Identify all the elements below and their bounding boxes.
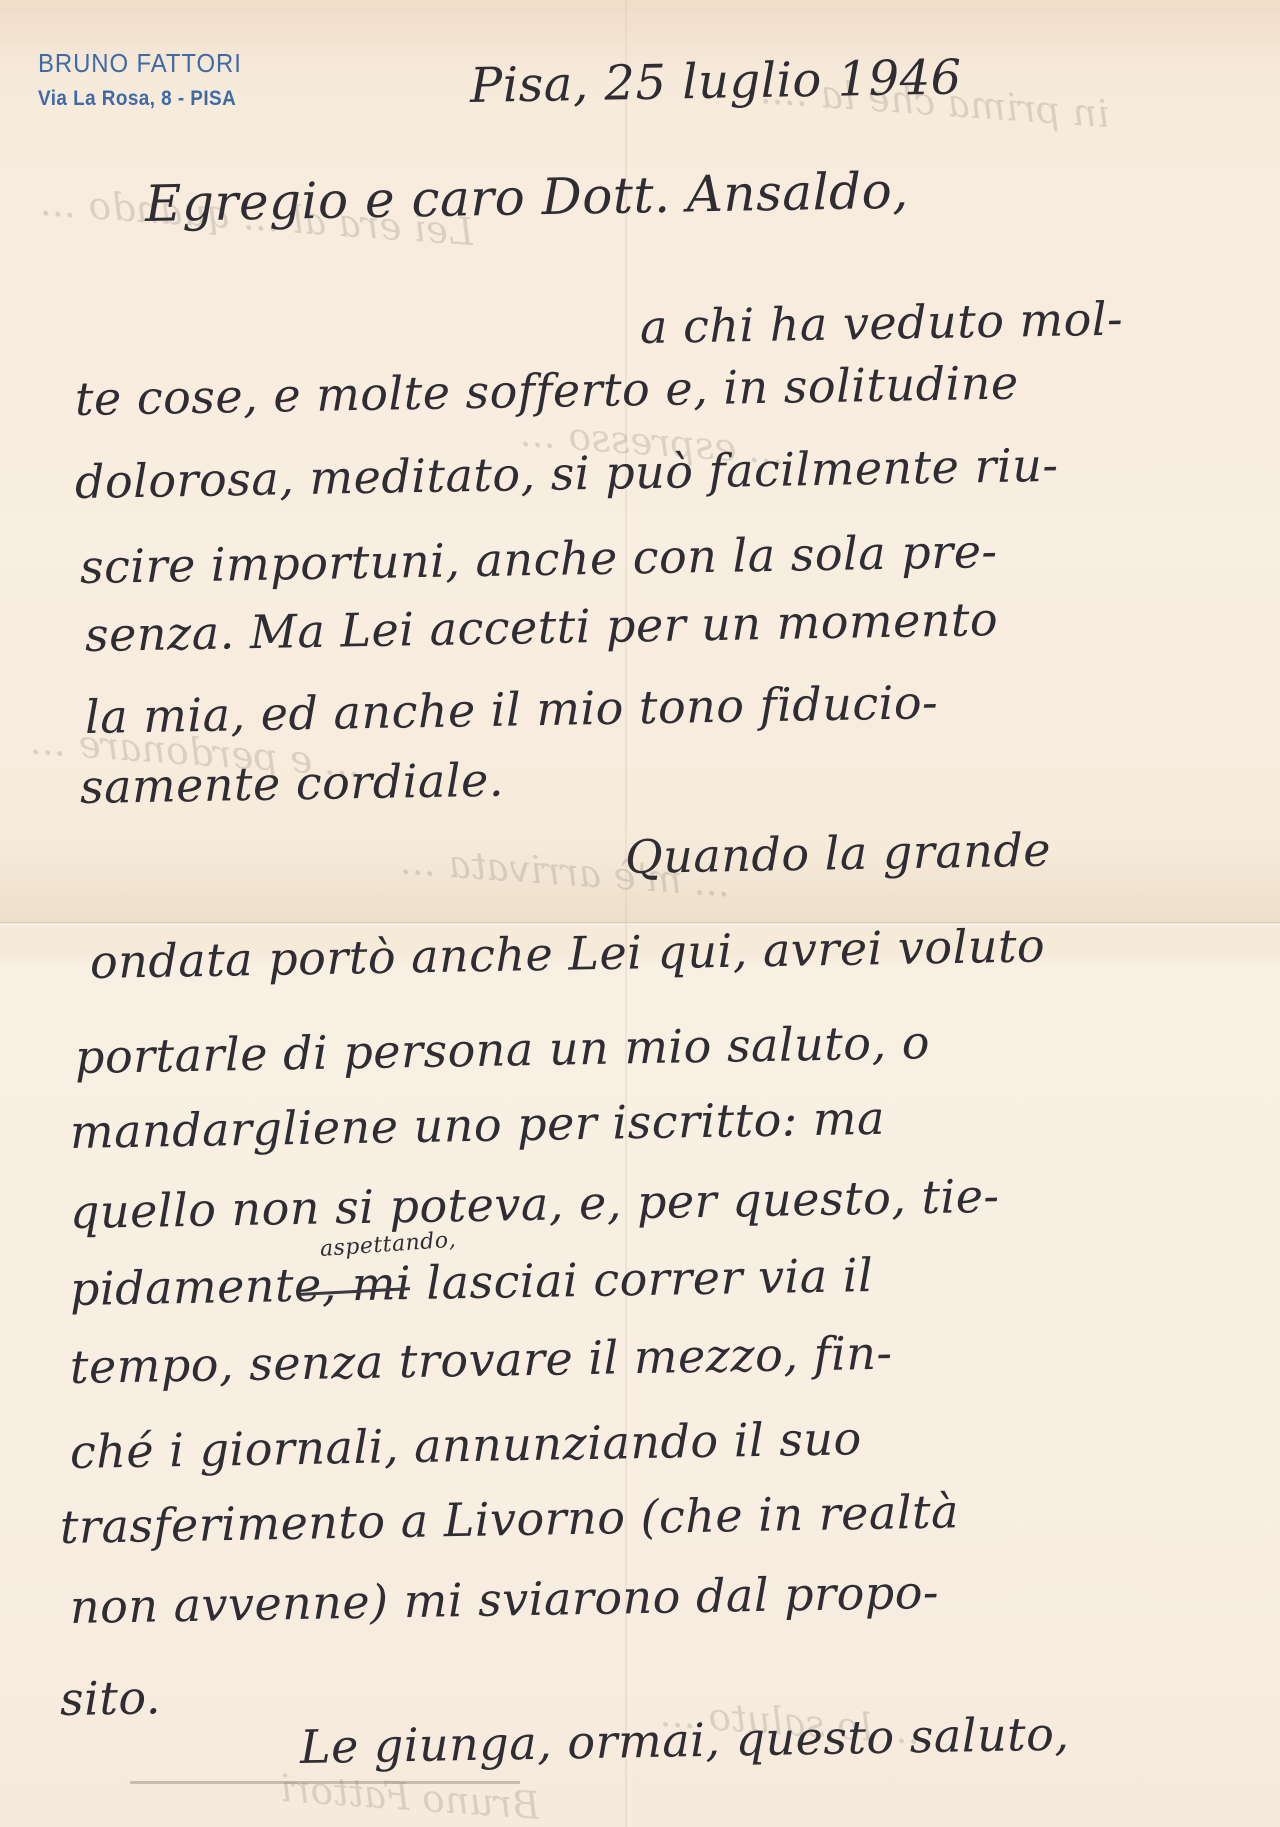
letter-line: la mia, ed anche il mio tono fiducio- — [85, 675, 939, 744]
letterhead-stamp: BRUNO FATTORI Via La Rosa, 8 - PISA — [38, 48, 260, 111]
letter-line: non avvenne) mi sviarono dal propo- — [70, 1565, 940, 1634]
letter-line: mandargliene uno per iscritto: ma — [70, 1091, 886, 1159]
letter-line: Le giunga, ormai, questo saluto, — [300, 1707, 1070, 1774]
letter-line: portarle di persona un mio saluto, o — [75, 1015, 931, 1084]
letter-line: dolorosa, meditato, si può facilmente ri… — [75, 438, 1059, 509]
letter-line: scire importuni, anche con la sola pre- — [80, 524, 998, 594]
vertical-fold-crease — [625, 0, 627, 1827]
sender-name: BRUNO FATTORI — [38, 48, 242, 79]
letter-page: in prima che la .... Lei era al ... quan… — [0, 0, 1280, 1827]
letter-line: sito. — [60, 1670, 162, 1726]
bleed-through-text: Bruno Fattori — [279, 1766, 542, 1827]
date-line: Pisa, 25 luglio 1946 — [470, 49, 963, 114]
salutation: Egregio e caro Dott. Ansaldo, — [144, 162, 909, 233]
letter-line: te cose, e molte sofferto e, in solitudi… — [75, 356, 1020, 426]
letter-line: senza. Ma Lei accetti per un momento — [85, 592, 999, 662]
ghost-underline — [130, 1781, 520, 1784]
letter-line: ondata portò anche Lei qui, avrei voluto — [90, 918, 1046, 989]
letter-line: pidamente, mi lasciai correr via il — [70, 1248, 874, 1316]
letter-line: a chi ha veduto mol- — [640, 292, 1124, 354]
letter-line: tempo, senza trovare il mezzo, fin- — [70, 1326, 893, 1394]
sender-address: Via La Rosa, 8 - PISA — [38, 87, 237, 111]
letter-line: quello non si poteva, e, per questo, tie… — [70, 1169, 1000, 1239]
letter-line: Quando la grande — [625, 823, 1052, 884]
letter-line: ché i giornali, annunziando il suo — [70, 1411, 863, 1479]
letter-line: trasferimento a Livorno (che in realtà — [60, 1484, 960, 1554]
letter-line: samente cordiale. — [80, 753, 505, 814]
